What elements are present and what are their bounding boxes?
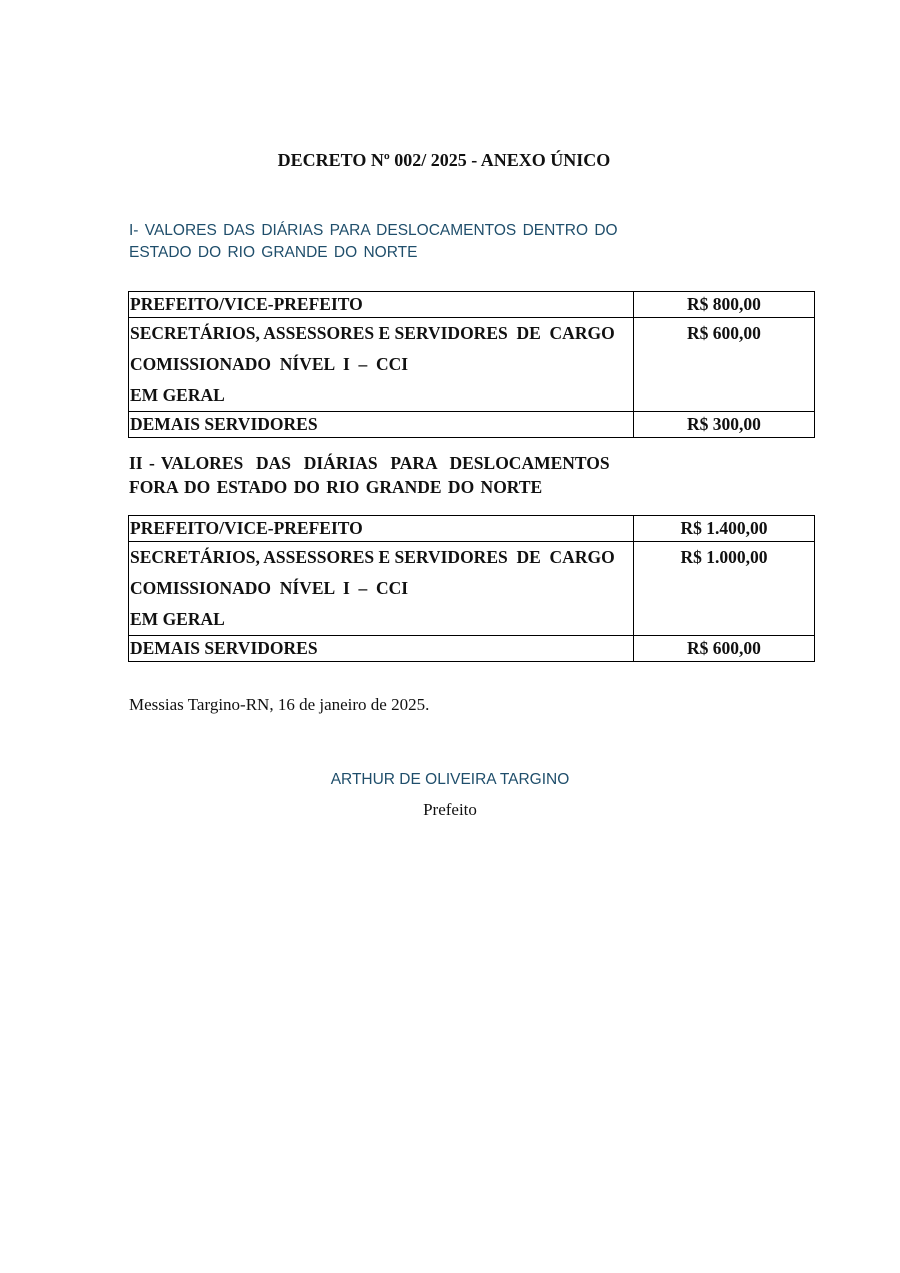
signatory-role: Prefeito xyxy=(0,800,900,820)
section-1-heading-line-2: ESTADO DO RIO GRANDE DO NORTE xyxy=(129,242,649,264)
document-title-text: DECRETO Nº 002/ 2025 - ANEXO ÚNICO xyxy=(278,150,611,170)
section-2-heading: II - VALORES DAS DIÁRIAS PARA DESLOCAMEN… xyxy=(129,451,649,499)
in-state-rates-table: PREFEITO/VICE-PREFEITO R$ 800,00 SECRETÁ… xyxy=(128,291,815,438)
value-cell: R$ 600,00 xyxy=(634,318,815,412)
category-text: PREFEITO/VICE-PREFEITO xyxy=(130,518,363,538)
category-cell: PREFEITO/VICE-PREFEITO xyxy=(129,292,634,318)
table-row: PREFEITO/VICE-PREFEITO R$ 1.400,00 xyxy=(129,516,815,542)
value-cell: R$ 600,00 xyxy=(634,636,815,662)
table-row: PREFEITO/VICE-PREFEITO R$ 800,00 xyxy=(129,292,815,318)
category-cell: DEMAIS SERVIDORES xyxy=(129,412,634,438)
table-row: DEMAIS SERVIDORES R$ 600,00 xyxy=(129,636,815,662)
category-text: PREFEITO/VICE-PREFEITO xyxy=(130,294,363,314)
category-text: SECRETÁRIOS, ASSESSORES E SERVIDORES DE … xyxy=(130,318,632,349)
category-cell: PREFEITO/VICE-PREFEITO xyxy=(129,516,634,542)
category-text: EM GERAL xyxy=(130,604,632,635)
table-row: DEMAIS SERVIDORES R$ 300,00 xyxy=(129,412,815,438)
out-of-state-rates-table: PREFEITO/VICE-PREFEITO R$ 1.400,00 SECRE… xyxy=(128,515,815,662)
table-row: SECRETÁRIOS, ASSESSORES E SERVIDORES DE … xyxy=(129,542,815,636)
category-text: EM GERAL xyxy=(130,380,632,411)
category-text: COMISSIONADO NÍVEL I – CCI xyxy=(130,573,632,604)
section-1-heading: I- VALORES DAS DIÁRIAS PARA DESLOCAMENTO… xyxy=(129,220,649,264)
category-text: DEMAIS SERVIDORES xyxy=(130,638,318,658)
document-title: DECRETO Nº 002/ 2025 - ANEXO ÚNICO xyxy=(0,150,900,171)
table-row: SECRETÁRIOS, ASSESSORES E SERVIDORES DE … xyxy=(129,318,815,412)
value-cell: R$ 1.400,00 xyxy=(634,516,815,542)
place-date: Messias Targino-RN, 16 de janeiro de 202… xyxy=(129,695,429,715)
value-cell: R$ 800,00 xyxy=(634,292,815,318)
category-text: SECRETÁRIOS, ASSESSORES E SERVIDORES DE … xyxy=(130,542,632,573)
value-cell: R$ 300,00 xyxy=(634,412,815,438)
category-cell: SECRETÁRIOS, ASSESSORES E SERVIDORES DE … xyxy=(129,542,634,636)
category-cell: DEMAIS SERVIDORES xyxy=(129,636,634,662)
section-1-heading-line-1: I- VALORES DAS DIÁRIAS PARA DESLOCAMENTO… xyxy=(129,220,649,242)
category-cell: SECRETÁRIOS, ASSESSORES E SERVIDORES DE … xyxy=(129,318,634,412)
section-2-heading-line-2: FORA DO ESTADO DO RIO GRANDE DO NORTE xyxy=(129,475,649,499)
section-2-heading-line-1: II - VALORES DAS DIÁRIAS PARA DESLOCAMEN… xyxy=(129,451,649,475)
category-text: COMISSIONADO NÍVEL I – CCI xyxy=(130,349,632,380)
category-text: DEMAIS SERVIDORES xyxy=(130,414,318,434)
signatory-name: ARTHUR DE OLIVEIRA TARGINO xyxy=(0,771,900,789)
value-cell: R$ 1.000,00 xyxy=(634,542,815,636)
